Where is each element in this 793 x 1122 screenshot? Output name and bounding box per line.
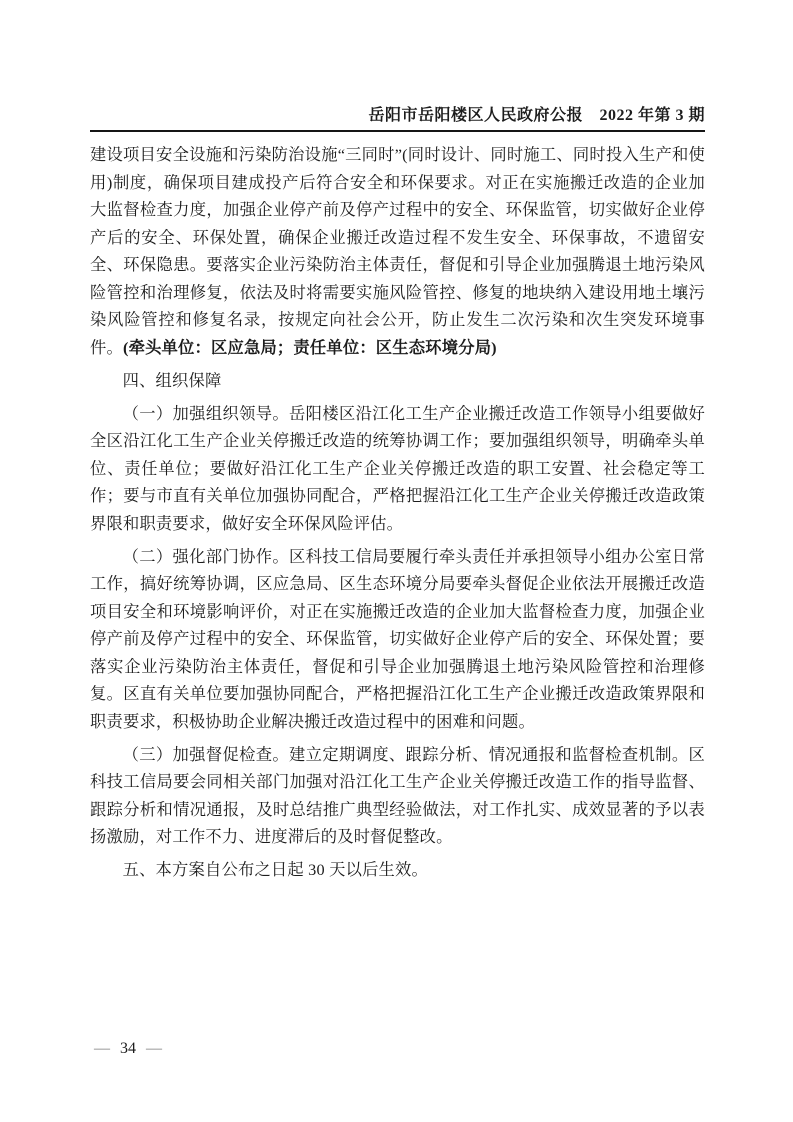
paragraph-continuation-text: 建设项目安全设施和污染防治设施“三同时”(同时设计、同时施工、同时投入生产和使用… [90, 145, 705, 357]
page-number: 34 [120, 1040, 136, 1057]
paragraph-section-5: 五、本方案自公布之日起 30 天以后生效。 [90, 856, 705, 884]
gazette-page: 岳阳市岳阳楼区人民政府公报 2022 年第 3 期 建设项目安全设施和污染防治设… [0, 0, 793, 1122]
section-heading-4: 四、组织保障 [90, 367, 705, 395]
footer-dash-right: — [146, 1040, 162, 1057]
page-footer: —34— [94, 1040, 162, 1058]
paragraph-item-1: （一）加强组织领导。岳阳楼区沿江化工生产企业搬迁改造工作领导小组要做好全区沿江化… [90, 400, 705, 538]
page-header: 岳阳市岳阳楼区人民政府公报 2022 年第 3 期 [90, 102, 705, 132]
paragraph-item-2: （二）强化部门协作。区科技工信局要履行牵头责任并承担领导小组办公室日常工作，搞好… [90, 543, 705, 736]
gazette-title: 岳阳市岳阳楼区人民政府公报 2022 年第 3 期 [90, 102, 705, 125]
paragraph-item-3: （三）加强督促检查。建立定期调度、跟踪分析、情况通报和监督检查机制。区科技工信局… [90, 741, 705, 851]
footer-dash-left: — [94, 1040, 110, 1057]
document-body: 建设项目安全设施和污染防治设施“三同时”(同时设计、同时施工、同时投入生产和使用… [90, 141, 705, 889]
paragraph-continuation: 建设项目安全设施和污染防治设施“三同时”(同时设计、同时施工、同时投入生产和使用… [90, 141, 705, 361]
responsible-units-note: (牵头单位：区应急局；责任单位：区生态环境分局) [123, 338, 497, 357]
